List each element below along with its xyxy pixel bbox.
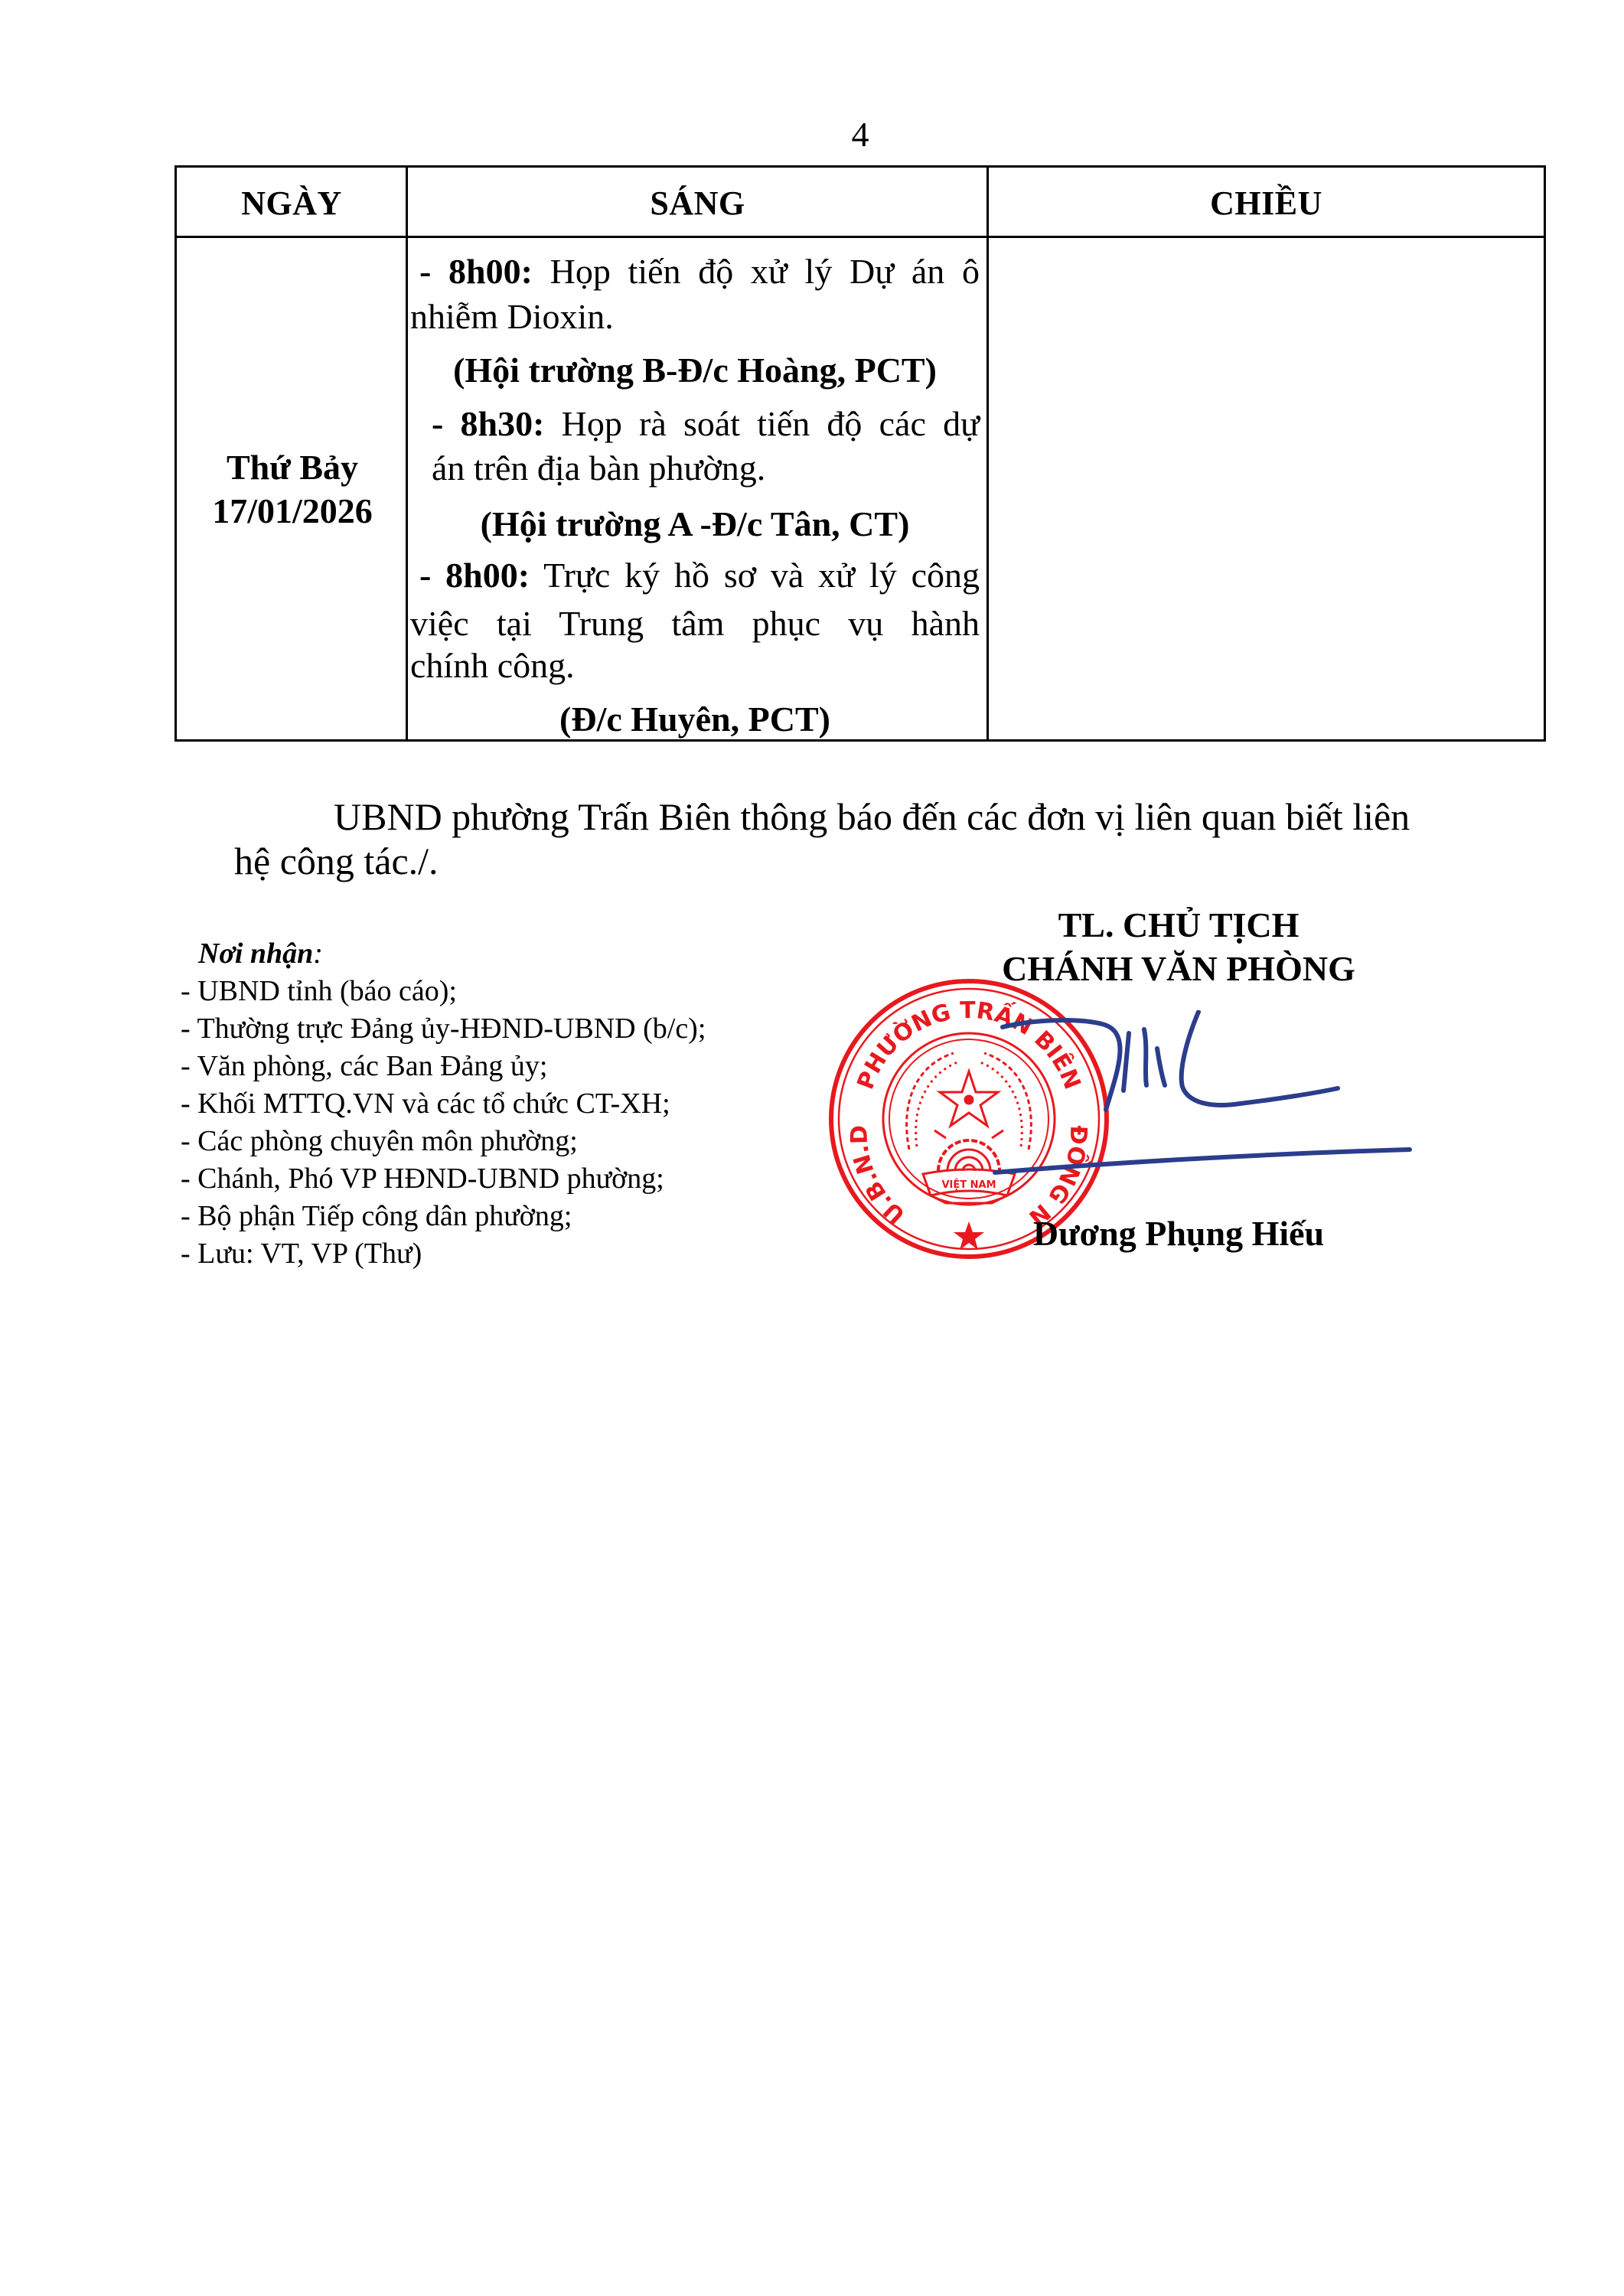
recipient-item: - Lưu: VT, VP (Thư) — [181, 1235, 706, 1273]
time-label: - 8h00: — [419, 252, 533, 291]
morning-entry-3-line-2: việc tại Trung tâm phục vụ hành — [410, 602, 980, 646]
recipient-item: - Khối MTTQ.VN và các tổ chức CT-XH; — [181, 1085, 706, 1123]
closing-line-2: hệ công tác./. — [234, 839, 439, 883]
page-number: 4 — [784, 113, 937, 156]
signature-title-line-2: CHÁNH VĂN PHÒNG — [949, 947, 1408, 990]
recipient-item: - Các phòng chuyên môn phường; — [181, 1123, 706, 1160]
day-cell: Thứ Bảy 17/01/2026 — [177, 238, 408, 739]
signature-title: TL. CHỦ TỊCH CHÁNH VĂN PHÒNG — [949, 903, 1408, 990]
time-label: - 8h00: — [419, 556, 530, 595]
recipients-block: Nơi nhận: - UBND tỉnh (báo cáo); - Thườn… — [181, 935, 706, 1273]
recipients-title: Nơi nhận: — [181, 935, 706, 973]
schedule-table: NGÀY SÁNG CHIỀU Thứ Bảy 17/01/2026 - 8h0… — [174, 165, 1546, 742]
recipient-item: - Văn phòng, các Ban Đảng ủy; — [181, 1048, 706, 1085]
morning-entry-3-location: (Đ/c Huyên, PCT) — [410, 697, 980, 742]
handwritten-signature-icon — [987, 1010, 1431, 1186]
signer-name: Dương Phụng Hiếu — [949, 1212, 1408, 1255]
closing-line-1: UBND phường Trấn Biên thông báo đến các … — [334, 794, 1410, 839]
morning-cell: - 8h00: Họp tiến độ xử lý Dự án ô nhiễm … — [410, 238, 990, 739]
header-afternoon: CHIỀU — [989, 168, 1544, 238]
morning-entry-2-line-1: - 8h30: Họp rà soát tiến độ các dự — [432, 402, 980, 446]
header-morning: SÁNG — [408, 168, 987, 238]
signature-title-line-1: TL. CHỦ TỊCH — [949, 903, 1408, 947]
recipient-item: - UBND tỉnh (báo cáo); — [181, 973, 706, 1010]
morning-entry-3-line-3: chính công. — [410, 644, 980, 688]
morning-entry-1-location: (Hội trường B-Đ/c Hoàng, PCT) — [410, 348, 980, 393]
morning-entry-2-location: (Hội trường A -Đ/c Tân, CT) — [410, 502, 980, 546]
weekday: Thứ Bảy — [227, 445, 358, 489]
header-day: NGÀY — [177, 168, 406, 238]
morning-entry-1-line-1: - 8h00: Họp tiến độ xử lý Dự án ô — [419, 249, 980, 294]
afternoon-cell — [991, 238, 1544, 739]
morning-entry-2-line-2: án trên địa bàn phường. — [432, 446, 980, 491]
morning-entry-1-line-2: nhiễm Dioxin. — [410, 295, 980, 339]
morning-entry-3-line-1: - 8h00: Trực ký hồ sơ và xử lý công — [419, 553, 980, 598]
recipient-item: - Bộ phận Tiếp công dân phường; — [181, 1198, 706, 1235]
time-label: - 8h30: — [432, 404, 544, 443]
recipient-item: - Thường trực Đảng ủy-HĐND-UBND (b/c); — [181, 1010, 706, 1048]
date: 17/01/2026 — [212, 489, 373, 533]
recipient-item: - Chánh, Phó VP HĐND-UBND phường; — [181, 1160, 706, 1198]
